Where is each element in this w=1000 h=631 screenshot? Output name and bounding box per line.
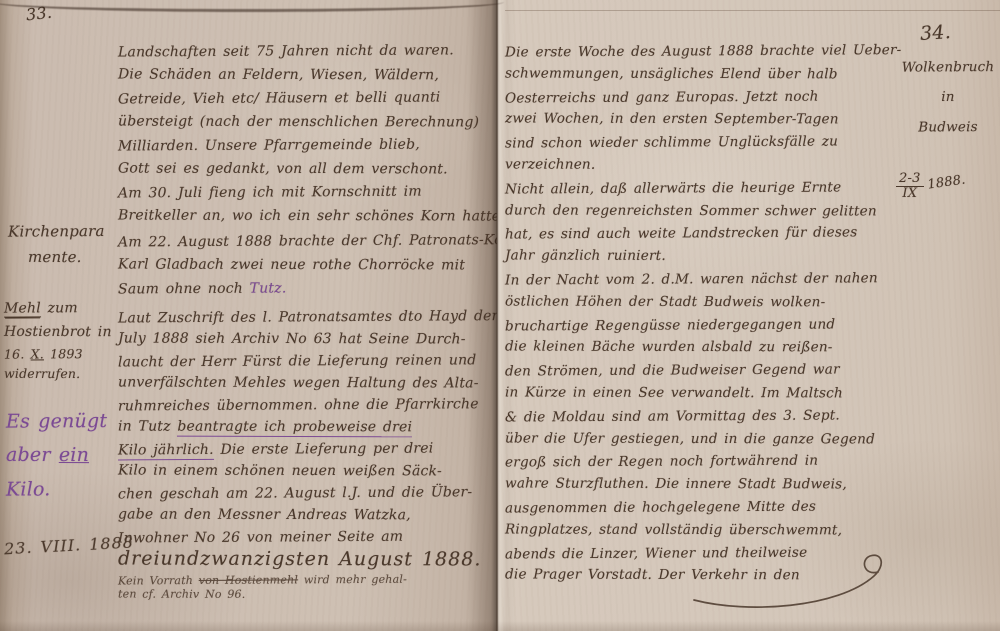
hand-text-segment: Getreide, Vieh etc/ Häusern et belli qua… — [118, 89, 441, 107]
left-page-body-block-3: Laut Zuschrift des l. Patronatsamtes dto… — [118, 306, 498, 570]
right-page-top-edge-line — [505, 10, 1000, 11]
margin-note-kirchenparamente: Kirchenparamente. — [8, 218, 105, 270]
book-fold-line — [496, 0, 498, 631]
hand-text-segment: ergoß sich der Regen noch fortwährend in — [505, 453, 818, 471]
hand-text-segment: die kleinen Bäche wurden alsbald zu reiß… — [505, 339, 833, 356]
hand-line: die kleinen Bäche wurden alsbald zu reiß… — [505, 336, 905, 360]
hand-text-segment: ein — [59, 444, 89, 466]
hand-text-segment: Kilo. — [6, 478, 51, 500]
hand-line: sind schon wieder schlimme Unglücksfälle… — [505, 130, 905, 155]
hand-line: 16. X. 1893 — [4, 344, 112, 365]
hand-text-segment: Die Schäden an Feldern, Wiesen, Wäldern, — [118, 66, 439, 83]
hand-text-segment: sind schon wieder schlimme Unglücksfälle… — [505, 134, 838, 152]
hand-text-segment: Ringplatzes, stand vollständig überschwe… — [505, 521, 842, 538]
left-page: 33. Kirchenparamente. Mehl zumHostienbro… — [0, 0, 497, 631]
hand-text-segment: Inwohner No 26 von meiner Seite am — [118, 529, 403, 547]
hand-text-segment: Karl Gladbach zwei neue rothe Chorröcke … — [118, 256, 465, 273]
hand-text-segment: 1893 — [44, 346, 83, 361]
hand-text-segment: Gott sei es gedankt, von all dem verscho… — [118, 160, 448, 177]
hand-line: Mehl zum — [4, 296, 112, 321]
hand-text-segment: Am 22. August 1888 brachte der Chf. Patr… — [118, 232, 533, 251]
hand-line: Oesterreichs und ganz Europas. Jetzt noc… — [505, 85, 905, 110]
hand-text-segment: Kilo in einem schönen neuen weißen Säck- — [118, 463, 442, 480]
date-fraction-bottom: IX — [902, 187, 917, 201]
hand-line: Die Schäden an Feldern, Wiesen, Wäldern, — [118, 63, 498, 87]
hand-line: Nicht allein, daß allerwärts die heurige… — [505, 176, 905, 201]
hand-text-segment: X. — [31, 346, 44, 361]
margin-note-wolkenbruch: WolkenbruchinBudweis — [900, 52, 996, 142]
hand-line: mente. — [8, 244, 105, 270]
hand-line: Inwohner No 26 von meiner Seite am — [118, 525, 498, 549]
hand-text-segment: & die Moldau sind am Vormittag des 3. Se… — [505, 407, 840, 425]
hand-text-segment: durch den regenreichsten Sommer schwer g… — [505, 202, 877, 219]
hand-text-segment: Budweis — [918, 119, 978, 135]
hand-text-segment: ausgenommen die hochgelegene Mitte des — [505, 499, 816, 517]
hand-line: In der Nacht vom 2. d.M. waren nächst de… — [505, 267, 905, 292]
hand-line: schwemmungen, unsägliches Elend über hal… — [505, 62, 905, 86]
hand-line: bruchartige Regengüsse niedergegangen un… — [505, 313, 905, 338]
left-page-body-block-2: Am 22. August 1888 brachte der Chf. Patr… — [118, 230, 498, 301]
hand-line: Wolkenbruch — [900, 52, 996, 83]
hand-line: Die erste Woche des August 1888 brachte … — [505, 39, 905, 64]
hand-text-segment: bruchartige Regengüsse niedergegangen un… — [505, 316, 835, 334]
hand-text-segment: 16. — [4, 346, 31, 361]
hand-text-segment: Laut Zuschrift des l. Patronatsamtes dto… — [118, 308, 530, 327]
hand-text-segment: Kein Vorrath — [118, 574, 199, 587]
hand-text-segment: Nicht allein, daß allerwärts die heurige… — [505, 179, 841, 197]
left-page-footnote: Kein Vorrath von Hostienmehl wird mehr g… — [118, 572, 498, 602]
hand-text-segment: Die erste Lieferung per drei — [214, 441, 434, 458]
left-page-body-block-1: Landschaften seit 75 Jahren nicht da war… — [118, 40, 498, 228]
hand-text-segment: verzeichnen. — [505, 156, 595, 172]
hand-text-segment: Kirchenpara — [8, 222, 105, 241]
hand-line: Laut Zuschrift des l. Patronatsamtes dto… — [118, 305, 498, 329]
margin-note-hostienmehl: Mehl zumHostienbrot in16. X. 1893widerru… — [4, 296, 112, 384]
hand-line: über die Ufer gestiegen, und in die ganz… — [505, 427, 905, 451]
hand-line: Kilo in einem schönen neuen weißen Säck- — [118, 460, 498, 483]
date-fraction-top: 2-3 — [896, 172, 924, 187]
hand-line: Am 30. Juli fieng ich mit Kornschnitt im — [118, 180, 498, 206]
hand-line: Karl Gladbach zwei neue rothe Chorröcke … — [118, 253, 498, 277]
hand-text-segment: ten cf. Archiv No 96. — [118, 588, 246, 601]
hand-text-segment: Oesterreichs und ganz Europas. Jetzt noc… — [505, 88, 819, 106]
hand-line: verzeichnen. — [505, 153, 905, 177]
hand-text-segment: Tutz. — [250, 280, 287, 296]
date-fraction: 2-3 IX — [896, 172, 924, 201]
bottom-edge-shadow — [0, 621, 1000, 631]
hand-line: chen geschah am 22. August l.J. und die … — [118, 481, 498, 505]
hand-text-segment: in — [941, 89, 954, 105]
hand-line: Kilo jährlich. Die erste Lieferung per d… — [118, 437, 498, 461]
hand-line: gabe an den Messner Andreas Watzka, — [118, 504, 498, 527]
hand-line: zwei Wochen, in den ersten September-Tag… — [505, 108, 905, 132]
hand-text-segment: Mehl — [4, 300, 41, 317]
page-number-right: 34. — [919, 21, 951, 45]
hand-line: Milliarden. Unsere Pfarrgemeinde blieb, — [118, 133, 498, 159]
hand-line: wahre Sturzfluthen. Die innere Stadt Bud… — [505, 473, 905, 497]
hand-text-segment: zum — [41, 300, 78, 316]
hand-line: Kilo. — [6, 472, 107, 507]
hand-text-segment: mente. — [28, 248, 82, 266]
hand-text-segment: ruhmreiches übernommen. ohne die Pfarrki… — [118, 396, 479, 414]
hand-text-segment: schwemmungen, unsägliches Elend über hal… — [505, 65, 838, 82]
hand-line: in Tutz beantragte ich probeweise drei — [118, 416, 498, 439]
hand-line: July 1888 sieh Archiv No 63 hat Seine Du… — [118, 328, 498, 351]
hand-text-segment: östlichen Höhen der Stadt Budweis wolken… — [505, 293, 825, 310]
hand-text-segment: Am 30. Juli fieng ich mit Kornschnitt im — [118, 184, 422, 202]
hand-text-segment: Breitkeller an, wo ich ein sehr schönes … — [118, 207, 505, 224]
hand-text-segment: In der Nacht vom 2. d.M. waren nächst de… — [505, 270, 878, 288]
hand-text-segment: Milliarden. Unsere Pfarrgemeinde blieb, — [118, 137, 420, 155]
hand-text-segment: den Strömen, und die Budweiser Gegend wa… — [505, 362, 840, 380]
hand-line: Getreide, Vieh etc/ Häusern et belli qua… — [118, 86, 498, 112]
hand-line: übersteigt (nach der menschlichen Berech… — [118, 110, 498, 134]
hand-text-segment: über die Ufer gestiegen, und in die ganz… — [505, 430, 875, 447]
manuscript-spread: 33. Kirchenparamente. Mehl zumHostienbro… — [0, 0, 1000, 631]
hand-text-segment: aber — [6, 444, 59, 466]
hand-line: Es genügt — [6, 404, 107, 439]
hand-line: Budweis — [900, 112, 996, 143]
hand-line: hat, es sind auch weite Landstrecken für… — [505, 221, 905, 246]
hand-text-segment: unverfälschten Mehles wegen Haltung des … — [118, 375, 479, 392]
hand-line: Hostienbrot in — [4, 320, 112, 344]
hand-line: & die Moldau sind am Vormittag des 3. Se… — [505, 404, 905, 429]
right-page-body: Die erste Woche des August 1888 brachte … — [505, 40, 905, 587]
hand-line: Kirchenpara — [8, 218, 105, 245]
hand-line: Saum ohne noch Tutz. — [118, 276, 498, 302]
hand-line: Landschaften seit 75 Jahren nicht da war… — [118, 39, 498, 65]
hand-line: den Strömen, und die Budweiser Gegend wa… — [505, 358, 905, 383]
margin-note-wolkenbruch-date: 2-3 IX 1888. — [896, 172, 966, 201]
hand-line: ergoß sich der Regen noch fortwährend in — [505, 449, 905, 474]
hand-line: durch den regenreichsten Sommer schwer g… — [505, 199, 905, 223]
hand-line: dreiundzwanzigsten August 1888. — [118, 548, 498, 571]
hand-text-segment: Es genügt — [6, 410, 107, 433]
hand-line: ten cf. Archiv No 96. — [118, 587, 498, 603]
hand-line: Breitkeller an, wo ich ein sehr schönes … — [118, 204, 498, 228]
hand-line: in Kürze in einen See verwandelt. Im Mal… — [505, 381, 905, 405]
hand-text-segment: July 1888 sieh Archiv No 63 hat Seine Du… — [118, 331, 466, 348]
hand-line: widerrufen. — [4, 364, 112, 384]
hand-line: in — [900, 82, 996, 112]
date-year: 1888. — [926, 172, 966, 192]
flourish-swash — [688, 544, 908, 616]
hand-text-segment: Wolkenbruch — [902, 59, 995, 76]
hand-line: Am 22. August 1888 brachte der Chf. Patr… — [118, 229, 498, 255]
hand-text-segment: widerrufen. — [4, 366, 80, 381]
hand-text-segment: laucht der Herr Fürst die Lieferung rein… — [118, 352, 477, 370]
hand-line: laucht der Herr Fürst die Lieferung rein… — [118, 349, 498, 373]
hand-text-segment: zwei Wochen, in den ersten September-Tag… — [505, 111, 839, 128]
hand-line: ausgenommen die hochgelegene Mitte des — [505, 495, 905, 520]
hand-text-segment: hat, es sind auch weite Landstrecken für… — [505, 225, 858, 243]
hand-line: aber ein — [6, 438, 107, 472]
hand-text-segment: chen geschah am 22. August l.J. und die … — [118, 484, 472, 502]
margin-note-purple-kilo: Es genügtaber einKilo. — [6, 404, 107, 506]
hand-text-segment: dreiundzwanzigsten August 1888. — [118, 548, 481, 571]
hand-line: östlichen Höhen der Stadt Budweis wolken… — [505, 290, 905, 314]
hand-line: Ringplatzes, stand vollständig überschwe… — [505, 518, 905, 542]
hand-text-segment: in Kürze in einen See verwandelt. Im Mal… — [505, 384, 843, 401]
hand-text-segment: gabe an den Messner Andreas Watzka, — [118, 507, 411, 524]
hand-text-segment: Kilo jährlich. — [118, 442, 214, 461]
hand-text-segment: Jahr gänzlich ruiniert. — [505, 248, 666, 264]
hand-line: unverfälschten Mehles wegen Haltung des … — [118, 372, 498, 395]
hand-text-segment: in Tutz — [118, 419, 177, 435]
hand-text-segment: wahre Sturzfluthen. Die innere Stadt Bud… — [505, 476, 847, 493]
hand-text-segment: Die erste Woche des August 1888 brachte … — [505, 42, 902, 60]
hand-line: Jahr gänzlich ruiniert. — [505, 245, 905, 269]
hand-text-segment: übersteigt (nach der menschlichen Berech… — [118, 113, 479, 130]
hand-text-segment: wird mehr gehal- — [298, 573, 407, 587]
hand-text-segment: von Hostienmehl — [199, 573, 298, 587]
margin-note-date: 23. VIII. 1888 — [4, 533, 135, 559]
hand-text-segment: Landschaften seit 75 Jahren nicht da war… — [118, 42, 454, 60]
hand-line: Gott sei es gedankt, von all dem verscho… — [118, 157, 498, 181]
hand-text-segment: beantragte ich probeweise drei — [177, 419, 412, 438]
hand-text-segment: Saum ohne noch — [118, 281, 250, 298]
hand-line: ruhmreiches übernommen. ohne die Pfarrki… — [118, 393, 498, 417]
hand-text-segment: Hostienbrot in — [4, 324, 112, 340]
